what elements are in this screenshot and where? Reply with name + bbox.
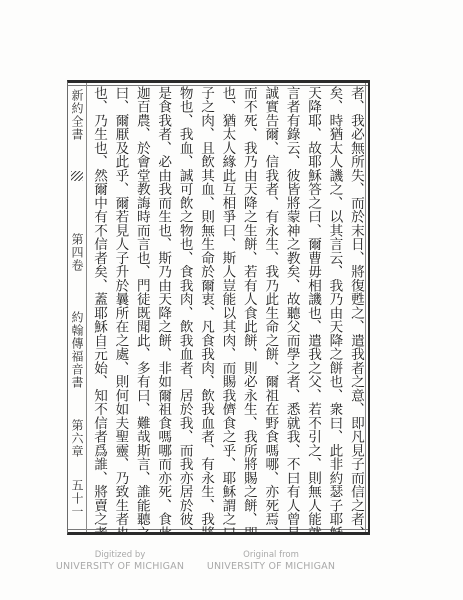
text-column: 是食我者、必由我而生也、斯乃由天降之餅、非如爾祖食嗎哪而亦死、食此餅者、則永生矣… — [152, 86, 173, 532]
watermark-original-from: Original from UNIVERSITY OF MICHIGAN — [196, 550, 346, 573]
body-text: 者、我必無所失、而於末日、將復甦之、遣我者之意、即凡見子而信之者、可獲永生、而於… — [88, 86, 366, 532]
volume-label: 第四卷 — [67, 233, 87, 283]
text-column: 而不死、我乃由天降之生餅、若有人食此餅、則必永生、我所將賜之餅、即我之肉、我爲世… — [238, 86, 259, 532]
text-column: 言者有錄云、彼皆將蒙神之教矣、故聽父而學之者、悉就我、不曰有人曾見父、惟由神者、… — [281, 86, 302, 532]
text-column: 子之肉、且飲其血、則無生命於爾衷、凡食我肉、飲我血者、有永生、我將於末日復甦之、… — [195, 86, 216, 532]
text-column: 者、我必無所失、而於末日、將復甦之、遣我者之意、即凡見子而信之者、可獲永生、而於… — [345, 86, 366, 532]
text-column: 天降耶、故耶穌答之曰、爾曹毋相譏也、遣我之父、若不引之、則無人能就我、而於末日、… — [302, 86, 323, 532]
digitization-watermark: Digitized by UNIVERSITY OF MICHIGAN Orig… — [0, 550, 463, 580]
text-column: 曰、爾厭及此乎、爾若見人子升於曩所在之處、則何如夫聖靈、乃致生者也、肉無益、我所… — [109, 86, 130, 532]
text-column: 矣、時猶太人譏之、以其言云、我乃由天降之餅也、衆曰、此非約瑟子耶穌乎、其父其母、… — [323, 86, 344, 532]
page-number: 五十一 — [67, 479, 87, 529]
chapter-label: 第六章 — [67, 419, 87, 469]
book-title: 新約全書 — [67, 89, 87, 149]
text-column: 誠實告爾、信我者、有永生、我乃此生命之餅、爾祖在野食嗎哪、亦死焉、惟此乃由天降之… — [259, 86, 280, 532]
text-column: 也、乃生也、然爾中有不信者矣、蓋耶穌自元始、知不信者爲誰、將賣之者爲誰也、又曰、… — [88, 86, 109, 532]
watermark-digitized-by: Digitized by UNIVERSITY OF MICHIGAN — [45, 550, 195, 573]
text-column: 物也、我血、誠可飲之物也、食我肉、飲我血者、居於我、而我亦居於彼、如永生之父遣我… — [174, 86, 195, 532]
scanned-page: 新約全書 第四卷 約翰傳福音書 第六章 五十一 者、我必無所失、而於末日、將復甦… — [0, 0, 463, 600]
running-head-gutter: 新約全書 第四卷 約翰傳福音書 第六章 五十一 — [67, 83, 87, 532]
text-column: 也、猶太人緣此互相爭曰、斯人豈能以其肉、而賜我儕食之乎、耶穌謂之曰、我誠實告爾、… — [216, 86, 237, 532]
text-column: 迦百農、於會堂教誨時而言也、門徒既聞此、多有曰、難哉斯言、誰能聽之、耶穌自知門徒… — [131, 86, 152, 532]
gospel-title: 約翰傳福音書 — [67, 311, 87, 393]
fishtail-ornament-icon — [71, 171, 83, 181]
